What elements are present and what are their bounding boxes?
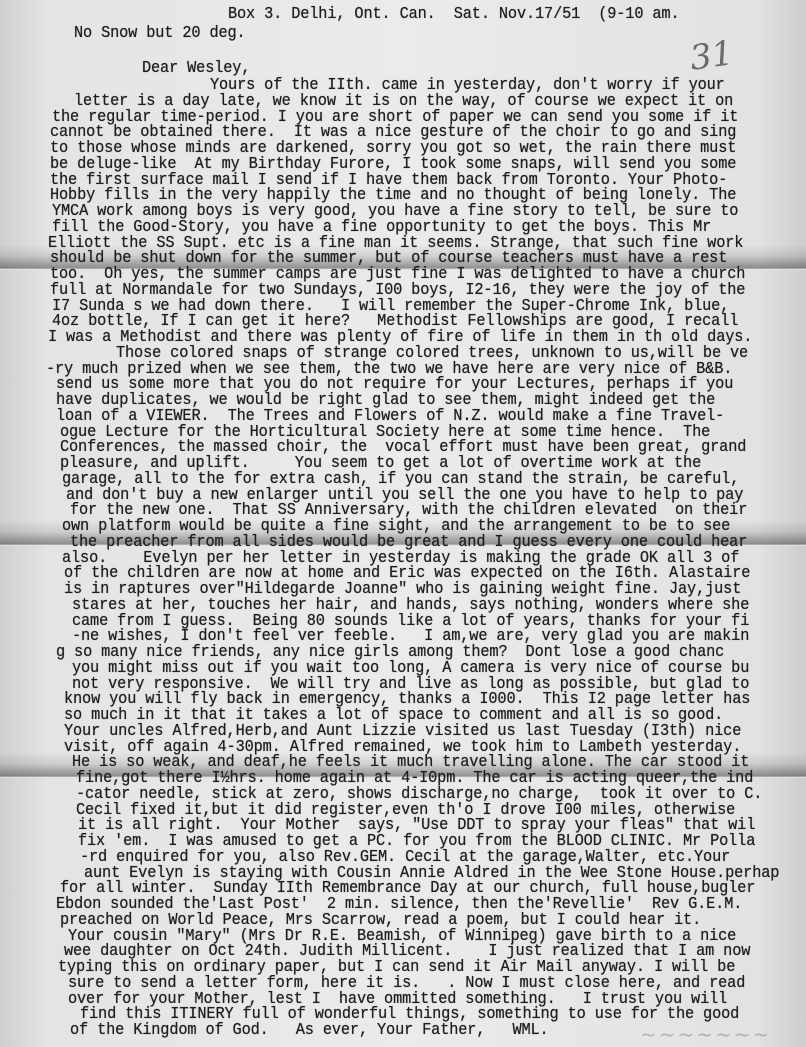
handwritten-signature: ~~~~~~~: [640, 1022, 771, 1046]
letter-weather-note: No Snow but 20 deg.: [74, 23, 246, 42]
handwritten-page-number: 31: [687, 33, 735, 79]
letter-body-line: of the Kingdom of God. As ever, Your Fat…: [70, 1020, 549, 1039]
letter-header-address-date: Box 3. Delhi, Ont. Can. Sat. Nov.17/51 (…: [228, 4, 679, 23]
letter-page: 31 Box 3. Delhi, Ont. Can. Sat. Nov.17/5…: [0, 0, 806, 1047]
